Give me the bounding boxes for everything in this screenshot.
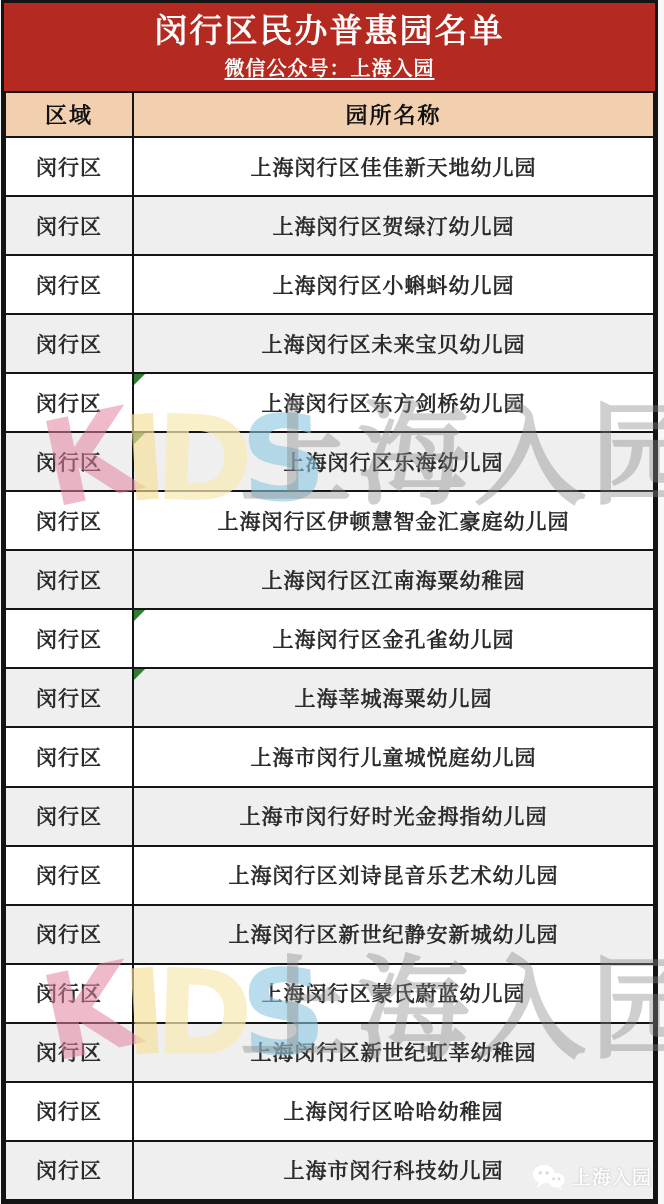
corner-marker bbox=[134, 669, 145, 680]
kindergarten-name-cell: 上海市闵行儿童城悦庭幼儿园 bbox=[133, 727, 654, 786]
table-row: 闵行区 上海闵行区江南海粟幼稚园 bbox=[5, 550, 654, 609]
kindergarten-name: 上海闵行区未来宝贝幼儿园 bbox=[262, 333, 526, 357]
kindergarten-name-cell: 上海闵行区小蝌蚪幼儿园 bbox=[133, 255, 654, 314]
table-row: 闵行区 上海闵行区蒙氏蔚蓝幼儿园 bbox=[5, 964, 654, 1023]
district-cell: 闵行区 bbox=[5, 1023, 133, 1082]
district-cell: 闵行区 bbox=[5, 373, 133, 432]
corner-marker bbox=[134, 433, 145, 444]
district-cell: 闵行区 bbox=[5, 550, 133, 609]
table-row: 闵行区 上海闵行区贺绿汀幼儿园 bbox=[5, 196, 654, 255]
table-row: 闵行区 上海闵行区乐海幼儿园 bbox=[5, 432, 654, 491]
kindergarten-name-cell: 上海闵行区刘诗昆音乐艺术幼儿园 bbox=[133, 846, 654, 905]
kindergarten-name: 上海闵行区贺绿汀幼儿园 bbox=[273, 215, 515, 239]
district-cell: 闵行区 bbox=[5, 255, 133, 314]
table-row: 闵行区 上海闵行区刘诗昆音乐艺术幼儿园 bbox=[5, 846, 654, 905]
kindergarten-name: 上海闵行区小蝌蚪幼儿园 bbox=[273, 274, 515, 298]
kindergarten-name-cell: 上海闵行区伊顿慧智金汇豪庭幼儿园 bbox=[133, 491, 654, 550]
kindergarten-name-cell: 上海闵行区乐海幼儿园 bbox=[133, 432, 654, 491]
banner: 闵行区民办普惠园名单 微信公众号：上海入园 bbox=[4, 3, 655, 91]
kindergarten-name-cell: 上海闵行区新世纪静安新城幼儿园 bbox=[133, 905, 654, 964]
wechat-icon bbox=[532, 1164, 565, 1190]
table-row: 闵行区 上海闵行区伊顿慧智金汇豪庭幼儿园 bbox=[5, 491, 654, 550]
kindergarten-name: 上海闵行区东方剑桥幼儿园 bbox=[262, 392, 526, 416]
district-cell: 闵行区 bbox=[5, 314, 133, 373]
table-body: 闵行区 上海闵行区佳佳新天地幼儿园 闵行区 上海闵行区贺绿汀幼儿园 闵行区 上海… bbox=[5, 137, 654, 1200]
table-row: 闵行区 上海闵行区哈哈幼稚园 bbox=[5, 1082, 654, 1141]
kindergarten-name-cell: 上海闵行区新世纪虹莘幼稚园 bbox=[133, 1023, 654, 1082]
table-row: 闵行区 上海闵行区东方剑桥幼儿园 bbox=[5, 373, 654, 432]
kindergarten-name-cell: 上海闵行区江南海粟幼稚园 bbox=[133, 550, 654, 609]
kindergarten-name-cell: 上海闵行区东方剑桥幼儿园 bbox=[133, 373, 654, 432]
kindergarten-name-cell: 上海闵行区金孔雀幼儿园 bbox=[133, 609, 654, 668]
district-cell: 闵行区 bbox=[5, 1082, 133, 1141]
column-header-district: 区域 bbox=[5, 92, 133, 137]
kindergarten-list-sheet: 闵行区民办普惠园名单 微信公众号：上海入园 区域 园所名称 闵行区 上海闵行区佳… bbox=[1, 0, 658, 1204]
district-cell: 闵行区 bbox=[5, 137, 133, 196]
page-title: 闵行区民办普惠园名单 bbox=[155, 13, 505, 49]
table-row: 闵行区 上海闵行区金孔雀幼儿园 bbox=[5, 609, 654, 668]
table-row: 闵行区 上海闵行区新世纪静安新城幼儿园 bbox=[5, 905, 654, 964]
wechat-badge: 上海入园 bbox=[532, 1163, 652, 1190]
district-cell: 闵行区 bbox=[5, 609, 133, 668]
kindergarten-name: 上海市闵行科技幼儿园 bbox=[284, 1159, 504, 1183]
kindergarten-name-cell: 上海闵行区未来宝贝幼儿园 bbox=[133, 314, 654, 373]
table-row: 闵行区 上海市闵行儿童城悦庭幼儿园 bbox=[5, 727, 654, 786]
kindergarten-name-cell: 上海闵行区哈哈幼稚园 bbox=[133, 1082, 654, 1141]
kindergarten-name: 上海闵行区蒙氏蔚蓝幼儿园 bbox=[262, 982, 526, 1006]
corner-marker bbox=[134, 374, 145, 385]
column-header-name: 园所名称 bbox=[133, 92, 654, 137]
kindergarten-name-cell: 上海闵行区佳佳新天地幼儿园 bbox=[133, 137, 654, 196]
district-cell: 闵行区 bbox=[5, 1141, 133, 1200]
table-row: 闵行区 上海闵行区小蝌蚪幼儿园 bbox=[5, 255, 654, 314]
kindergarten-name-cell: 上海闵行区蒙氏蔚蓝幼儿园 bbox=[133, 964, 654, 1023]
table-header-row: 区域 园所名称 bbox=[5, 92, 654, 137]
kindergarten-name-cell: 上海莘城海粟幼儿园 bbox=[133, 668, 654, 727]
kindergarten-name: 上海闵行区新世纪静安新城幼儿园 bbox=[229, 923, 559, 947]
district-cell: 闵行区 bbox=[5, 905, 133, 964]
wechat-account-subtitle: 微信公众号：上海入园 bbox=[225, 52, 435, 81]
kindergarten-name-cell: 上海闵行区贺绿汀幼儿园 bbox=[133, 196, 654, 255]
kindergarten-name: 上海市闵行儿童城悦庭幼儿园 bbox=[251, 746, 537, 770]
kindergarten-name: 上海莘城海粟幼儿园 bbox=[295, 687, 493, 711]
kindergarten-name: 上海市闵行好时光金拇指幼儿园 bbox=[240, 805, 548, 829]
kindergarten-table: 区域 园所名称 闵行区 上海闵行区佳佳新天地幼儿园 闵行区 上海闵行区贺绿汀幼儿… bbox=[4, 91, 655, 1201]
table-row: 闵行区 上海莘城海粟幼儿园 bbox=[5, 668, 654, 727]
district-cell: 闵行区 bbox=[5, 432, 133, 491]
table-row: 闵行区 上海闵行区新世纪虹莘幼稚园 bbox=[5, 1023, 654, 1082]
district-cell: 闵行区 bbox=[5, 491, 133, 550]
kindergarten-name: 上海闵行区新世纪虹莘幼稚园 bbox=[251, 1041, 537, 1065]
wechat-badge-label: 上海入园 bbox=[572, 1163, 652, 1190]
district-cell: 闵行区 bbox=[5, 196, 133, 255]
kindergarten-name-cell: 上海市闵行好时光金拇指幼儿园 bbox=[133, 787, 654, 846]
kindergarten-name: 上海闵行区乐海幼儿园 bbox=[284, 451, 504, 475]
district-cell: 闵行区 bbox=[5, 964, 133, 1023]
kindergarten-name: 上海闵行区伊顿慧智金汇豪庭幼儿园 bbox=[218, 510, 570, 534]
table-row: 闵行区 上海市闵行好时光金拇指幼儿园 bbox=[5, 787, 654, 846]
corner-marker bbox=[134, 610, 145, 621]
kindergarten-name: 上海闵行区哈哈幼稚园 bbox=[284, 1100, 504, 1124]
district-cell: 闵行区 bbox=[5, 846, 133, 905]
kindergarten-name: 上海闵行区江南海粟幼稚园 bbox=[262, 569, 526, 593]
district-cell: 闵行区 bbox=[5, 727, 133, 786]
kindergarten-name: 上海闵行区金孔雀幼儿园 bbox=[273, 628, 515, 652]
table-row: 闵行区 上海闵行区未来宝贝幼儿园 bbox=[5, 314, 654, 373]
table-row: 闵行区 上海闵行区佳佳新天地幼儿园 bbox=[5, 137, 654, 196]
kindergarten-name: 上海闵行区佳佳新天地幼儿园 bbox=[251, 156, 537, 180]
kindergarten-name: 上海闵行区刘诗昆音乐艺术幼儿园 bbox=[229, 864, 559, 888]
district-cell: 闵行区 bbox=[5, 668, 133, 727]
district-cell: 闵行区 bbox=[5, 787, 133, 846]
